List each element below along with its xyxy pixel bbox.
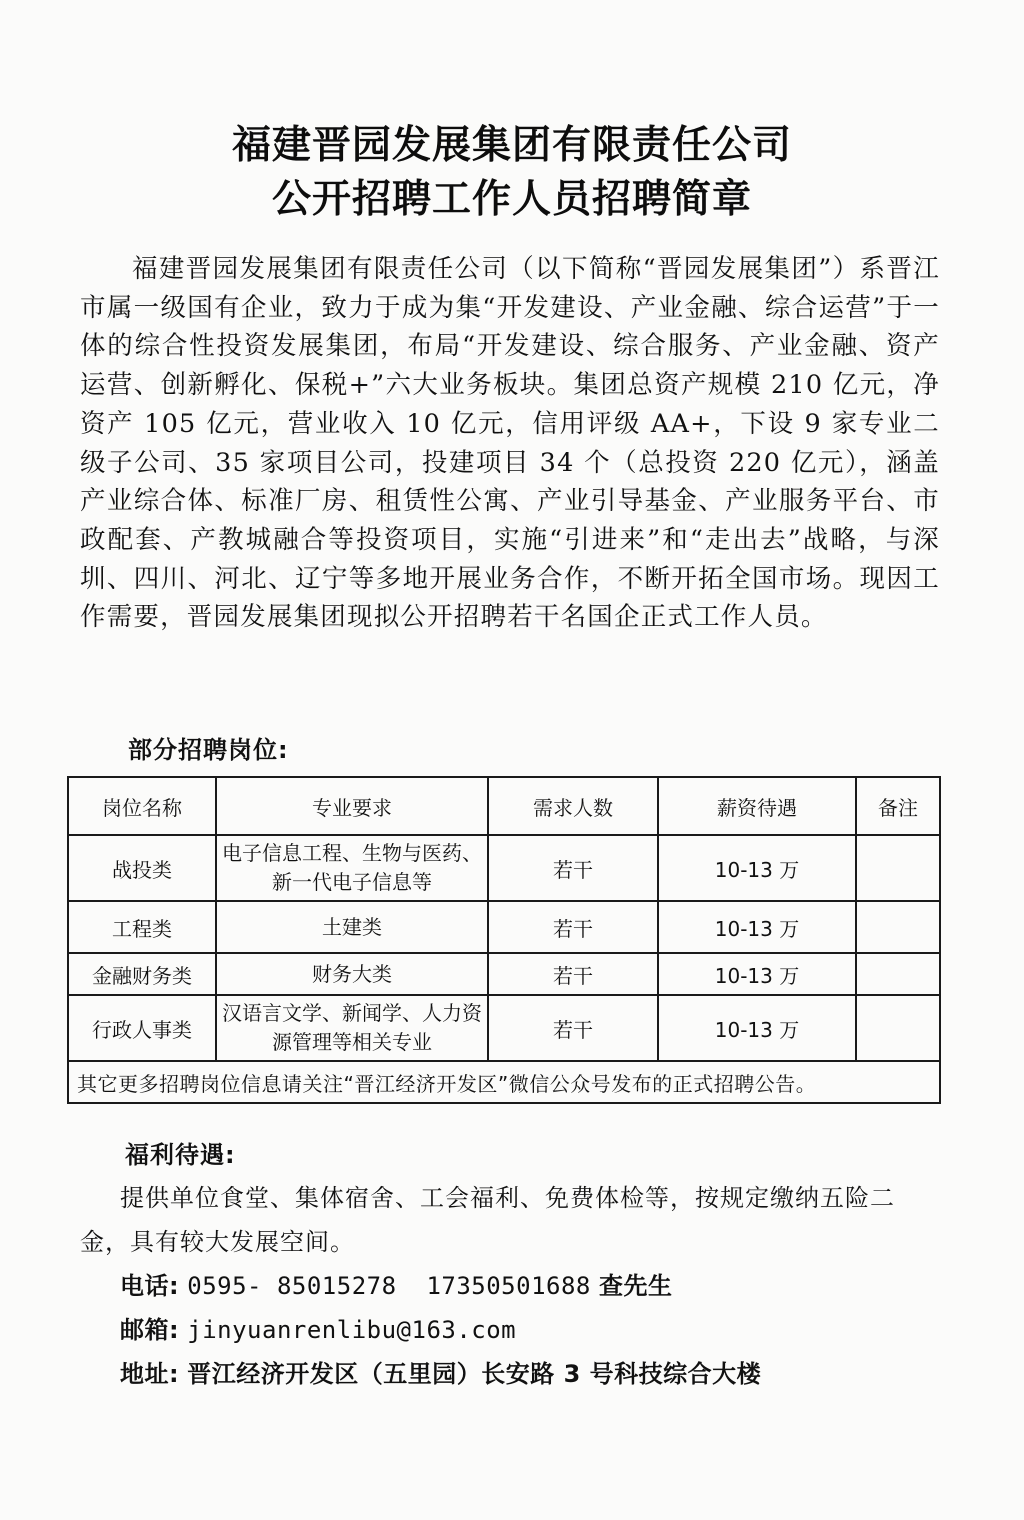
contact-phone: 电话: 0595- 85015278 17350501688 查先生 — [120, 1266, 673, 1301]
cell-salary: 10-13 万 — [658, 953, 856, 995]
document-title-line2: 公开招聘工作人员招聘简章 — [0, 168, 1024, 224]
table-row: 战投类 电子信息工程、生物与医药、新一代电子信息等 若干 10-13 万 — [68, 835, 940, 901]
intro-paragraph: 福建晋园发展集团有限责任公司（以下简称“晋园发展集团”）系晋江市属一级国有企业，… — [80, 250, 940, 637]
col-header-requirement: 专业要求 — [216, 777, 488, 835]
phone-label: 电话: — [120, 1272, 179, 1300]
phone-value: 0595- 85015278 17350501688 — [187, 1272, 591, 1300]
phone-contact-person: 查先生 — [599, 1272, 673, 1300]
col-header-headcount: 需求人数 — [488, 777, 658, 835]
jobs-table: 岗位名称 专业要求 需求人数 薪资待遇 备注 战投类 电子信息工程、生物与医药、… — [67, 776, 941, 1104]
email-value: jinyuanrenlibu@163.com — [187, 1316, 516, 1344]
cell-requirement: 电子信息工程、生物与医药、新一代电子信息等 — [216, 835, 488, 901]
cell-note — [856, 995, 940, 1061]
cell-headcount: 若干 — [488, 995, 658, 1061]
cell-requirement: 土建类 — [216, 901, 488, 953]
cell-note — [856, 835, 940, 901]
email-label: 邮箱: — [120, 1316, 179, 1344]
table-row: 行政人事类 汉语言文学、新闻学、人力资源管理等相关专业 若干 10-13 万 — [68, 995, 940, 1061]
cell-salary: 10-13 万 — [658, 995, 856, 1061]
address-label: 地址: — [120, 1360, 179, 1388]
cell-salary: 10-13 万 — [658, 901, 856, 953]
cell-headcount: 若干 — [488, 835, 658, 901]
cell-requirement: 汉语言文学、新闻学、人力资源管理等相关专业 — [216, 995, 488, 1061]
jobs-section-heading: 部分招聘岗位: — [128, 730, 289, 765]
table-footnote-row: 其它更多招聘岗位信息请关注“晋江经济开发区”微信公众号发布的正式招聘公告。 — [68, 1061, 940, 1103]
col-header-salary: 薪资待遇 — [658, 777, 856, 835]
document-title-line1: 福建晋园发展集团有限责任公司 — [0, 114, 1024, 170]
cell-position: 金融财务类 — [68, 953, 216, 995]
cell-note — [856, 901, 940, 953]
col-header-position: 岗位名称 — [68, 777, 216, 835]
table-row: 金融财务类 财务大类 若干 10-13 万 — [68, 953, 940, 995]
address-value: 晋江经济开发区（五里园）长安路 3 号科技综合大楼 — [187, 1360, 761, 1388]
cell-position: 工程类 — [68, 901, 216, 953]
benefits-heading: 福利待遇: — [125, 1135, 236, 1170]
cell-salary: 10-13 万 — [658, 835, 856, 901]
benefits-text: 提供单位食堂、集体宿舍、工会福利、免费体检等，按规定缴纳五险二金，具有较大发展空… — [80, 1176, 940, 1264]
cell-position: 战投类 — [68, 835, 216, 901]
col-header-note: 备注 — [856, 777, 940, 835]
table-header-row: 岗位名称 专业要求 需求人数 薪资待遇 备注 — [68, 777, 940, 835]
contact-email: 邮箱: jinyuanrenlibu@163.com — [120, 1310, 516, 1345]
table-row: 工程类 土建类 若干 10-13 万 — [68, 901, 940, 953]
table-footnote: 其它更多招聘岗位信息请关注“晋江经济开发区”微信公众号发布的正式招聘公告。 — [68, 1061, 940, 1103]
contact-address: 地址: 晋江经济开发区（五里园）长安路 3 号科技综合大楼 — [120, 1354, 761, 1389]
cell-note — [856, 953, 940, 995]
cell-headcount: 若干 — [488, 953, 658, 995]
cell-headcount: 若干 — [488, 901, 658, 953]
cell-position: 行政人事类 — [68, 995, 216, 1061]
cell-requirement: 财务大类 — [216, 953, 488, 995]
